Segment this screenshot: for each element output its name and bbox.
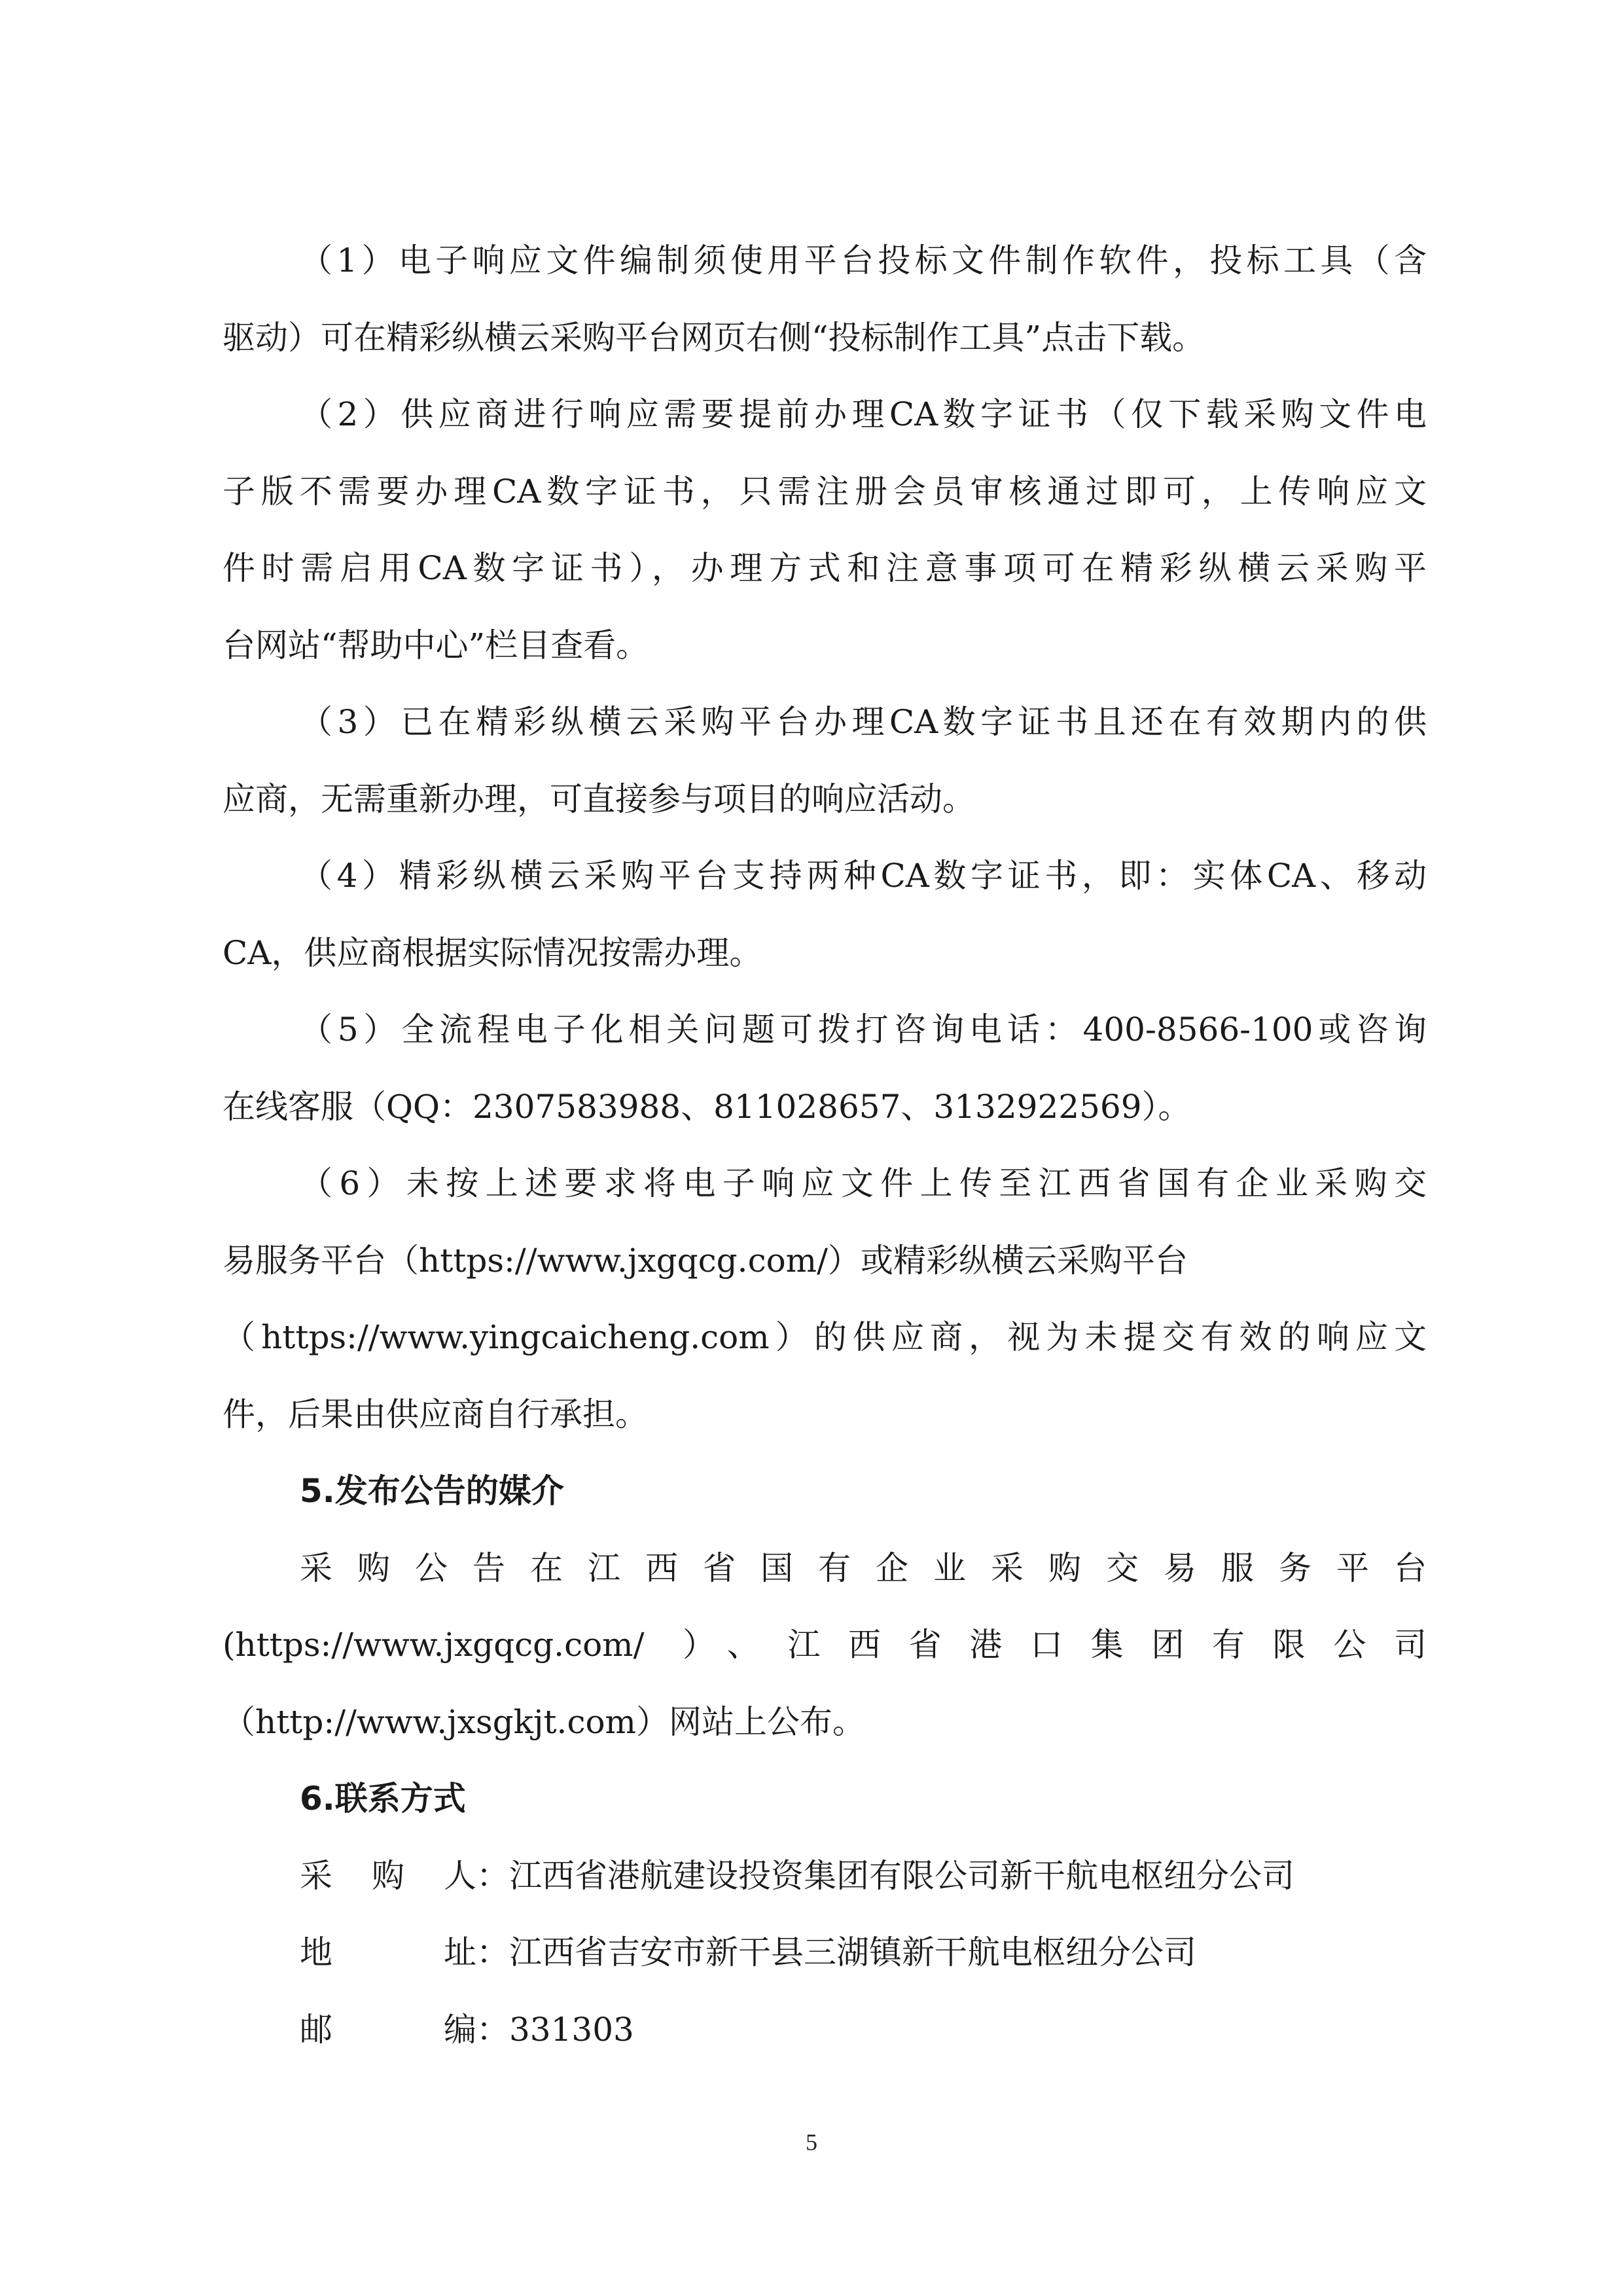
document-page: （1）电子响应文件编制须使用平台投标文件制作软件，投标工具（含 驱动）可在精彩纵… (223, 223, 1427, 2068)
paragraph-line: 件时需启用CA数字证书），办理方式和注意事项可在精彩纵横云采购平 (223, 530, 1427, 607)
section-heading: 5.发布公告的媒介 (223, 1453, 1427, 1530)
paragraph-line: 驱动）可在精彩纵横云采购平台网页右侧“投标制作工具”点击下载。 (223, 300, 1427, 377)
paragraph-line: （2）供应商进行响应需要提前办理CA数字证书（仅下载采购文件电 (223, 376, 1427, 454)
page-number: 5 (0, 2128, 1623, 2156)
contact-row-postcode: 邮 编 ：331303 (223, 1992, 1427, 2069)
contact-row-address: 地 址 ：江西省吉安市新干县三湖镇新干航电枢纽分公司 (223, 1914, 1427, 1992)
contact-label: 采 购 人 (300, 1838, 476, 1915)
paragraph-line: 应商，无需重新办理，可直接参与项目的响应活动。 (223, 761, 1427, 838)
contact-value: ：江西省吉安市新干县三湖镇新干航电枢纽分公司 (476, 1914, 1196, 1992)
paragraph-line: （https://www.yingcaicheng.com）的供应商，视为未提交… (223, 1299, 1427, 1376)
paragraph-line: 台网站“帮助中心”栏目查看。 (223, 607, 1427, 685)
paragraph-line: （3）已在精彩纵横云采购平台办理CA数字证书且还在有效期内的供 (223, 684, 1427, 761)
contact-label: 地 址 (300, 1914, 476, 1992)
paragraph-line: 件，后果由供应商自行承担。 (223, 1376, 1427, 1454)
contact-label: 邮 编 (300, 1992, 476, 2069)
paragraph-line: （5）全流程电子化相关问题可拨打咨询电话：400-8566-100或咨询 (223, 992, 1427, 1069)
paragraph-line: （1）电子响应文件编制须使用平台投标文件制作软件，投标工具（含 (223, 223, 1427, 300)
paragraph-line: （http://www.jxsgkjt.com）网站上公布。 (223, 1684, 1427, 1761)
contact-row-purchaser: 采 购 人 ：江西省港航建设投资集团有限公司新干航电枢纽分公司 (223, 1838, 1427, 1915)
paragraph-line: 子版不需要办理CA数字证书，只需注册会员审核通过即可，上传响应文 (223, 454, 1427, 531)
section-heading: 6.联系方式 (223, 1761, 1427, 1838)
paragraph-line: 易服务平台（https://www.jxgqcg.com/）或精彩纵横云采购平台 (223, 1223, 1427, 1300)
paragraph-line: CA，供应商根据实际情况按需办理。 (223, 915, 1427, 992)
contact-value: ：331303 (476, 1992, 634, 2069)
paragraph-line: 在线客服（QQ：2307583988、811028657、3132922569）… (223, 1069, 1427, 1146)
contact-value: ：江西省港航建设投资集团有限公司新干航电枢纽分公司 (476, 1838, 1294, 1915)
paragraph-line: 采购公告在江西省国有企业采购交易服务平台 (223, 1530, 1427, 1607)
paragraph-line: （6）未按上述要求将电子响应文件上传至江西省国有企业采购交 (223, 1145, 1427, 1223)
paragraph-line: (https://www.jxgqcg.com/ ）、江西省港口集团有限公司 (223, 1607, 1427, 1684)
paragraph-line: （4）精彩纵横云采购平台支持两种CA数字证书，即：实体CA、移动 (223, 838, 1427, 915)
